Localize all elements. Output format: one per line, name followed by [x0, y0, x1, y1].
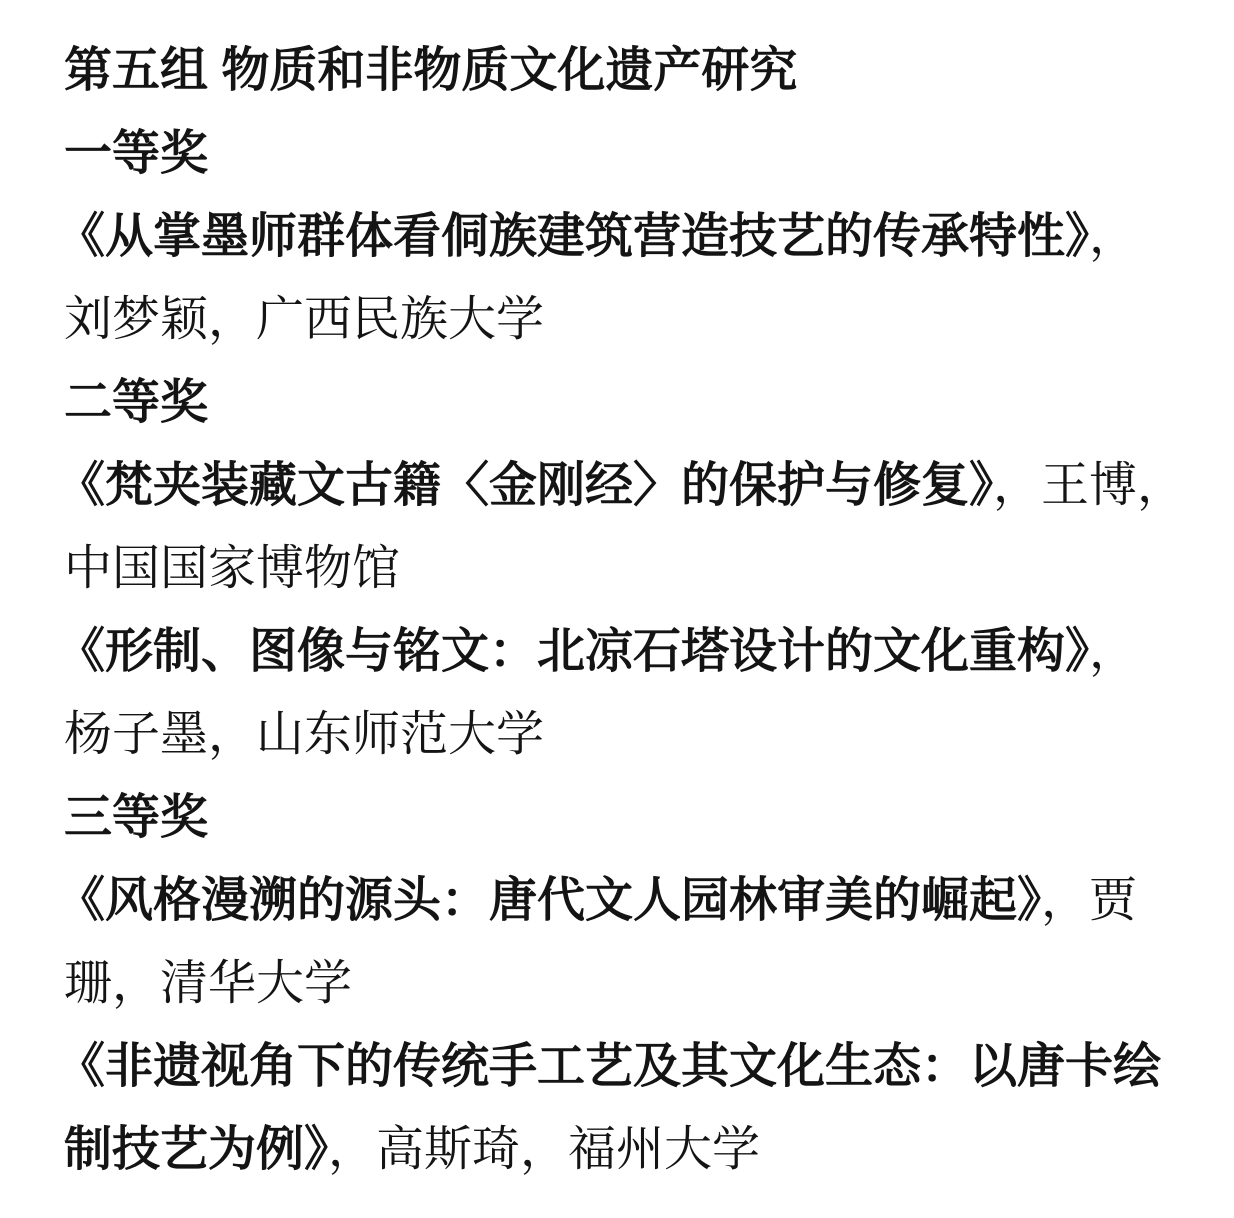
entry-title: 《从掌墨师群体看侗族建筑营造技艺的传承特性》 [57, 210, 1089, 263]
entry-author-affiliation: ， [1089, 210, 1137, 263]
entry-author-affiliation: 珊，清华大学 [64, 957, 352, 1010]
entry-author-affiliation: ， [1089, 625, 1137, 678]
entry-line: 《从掌墨师群体看侗族建筑营造技艺的传承特性》， [57, 195, 1198, 278]
group-title: 第五组 物质和非物质文化遗产研究 [64, 29, 1198, 112]
entry-author-affiliation: 中国国家博物馆 [64, 542, 400, 595]
entry-line: 杨子墨，山东师范大学 [64, 693, 1198, 776]
entry-author-affiliation: ，王博， [993, 459, 1185, 512]
entry-author-affiliation: 刘梦颖，广西民族大学 [64, 293, 544, 346]
award-tier-third: 三等奖 [64, 776, 1198, 859]
entry-author-affiliation: 杨子墨，山东师范大学 [64, 708, 544, 761]
entry-title: 制技艺为例》 [64, 1123, 328, 1176]
award-tier-first: 一等奖 [64, 112, 1198, 195]
award-tier-second: 二等奖 [64, 361, 1198, 444]
entry-line: 刘梦颖，广西民族大学 [64, 278, 1198, 361]
entry-line: 《梵夹装藏文古籍〈金刚经〉的保护与修复》，王博， [57, 444, 1198, 527]
entry-title: 《梵夹装藏文古籍〈金刚经〉的保护与修复》 [57, 459, 993, 512]
entry-line: 中国国家博物馆 [64, 527, 1198, 610]
entry-line: 珊，清华大学 [64, 942, 1198, 1025]
entry-title: 《形制、图像与铭文：北凉石塔设计的文化重构》 [57, 625, 1089, 678]
entry-line: 《形制、图像与铭文：北凉石塔设计的文化重构》， [57, 610, 1198, 693]
entry-line: 《非遗视角下的传统手工艺及其文化生态：以唐卡绘 [57, 1025, 1198, 1108]
entry-line: 《风格漫溯的源头：唐代文人园林审美的崛起》，贾 [57, 859, 1198, 942]
entry-author-affiliation: ，贾 [1041, 874, 1137, 927]
entry-line: 制技艺为例》，高斯琦，福州大学 [64, 1108, 1198, 1191]
awards-document: 第五组 物质和非物质文化遗产研究 一等奖 《从掌墨师群体看侗族建筑营造技艺的传承… [0, 0, 1234, 1191]
entry-title: 《非遗视角下的传统手工艺及其文化生态：以唐卡绘 [57, 1040, 1161, 1093]
entry-author-affiliation: ，高斯琦，福州大学 [328, 1123, 760, 1176]
entry-title: 《风格漫溯的源头：唐代文人园林审美的崛起》 [57, 874, 1041, 927]
